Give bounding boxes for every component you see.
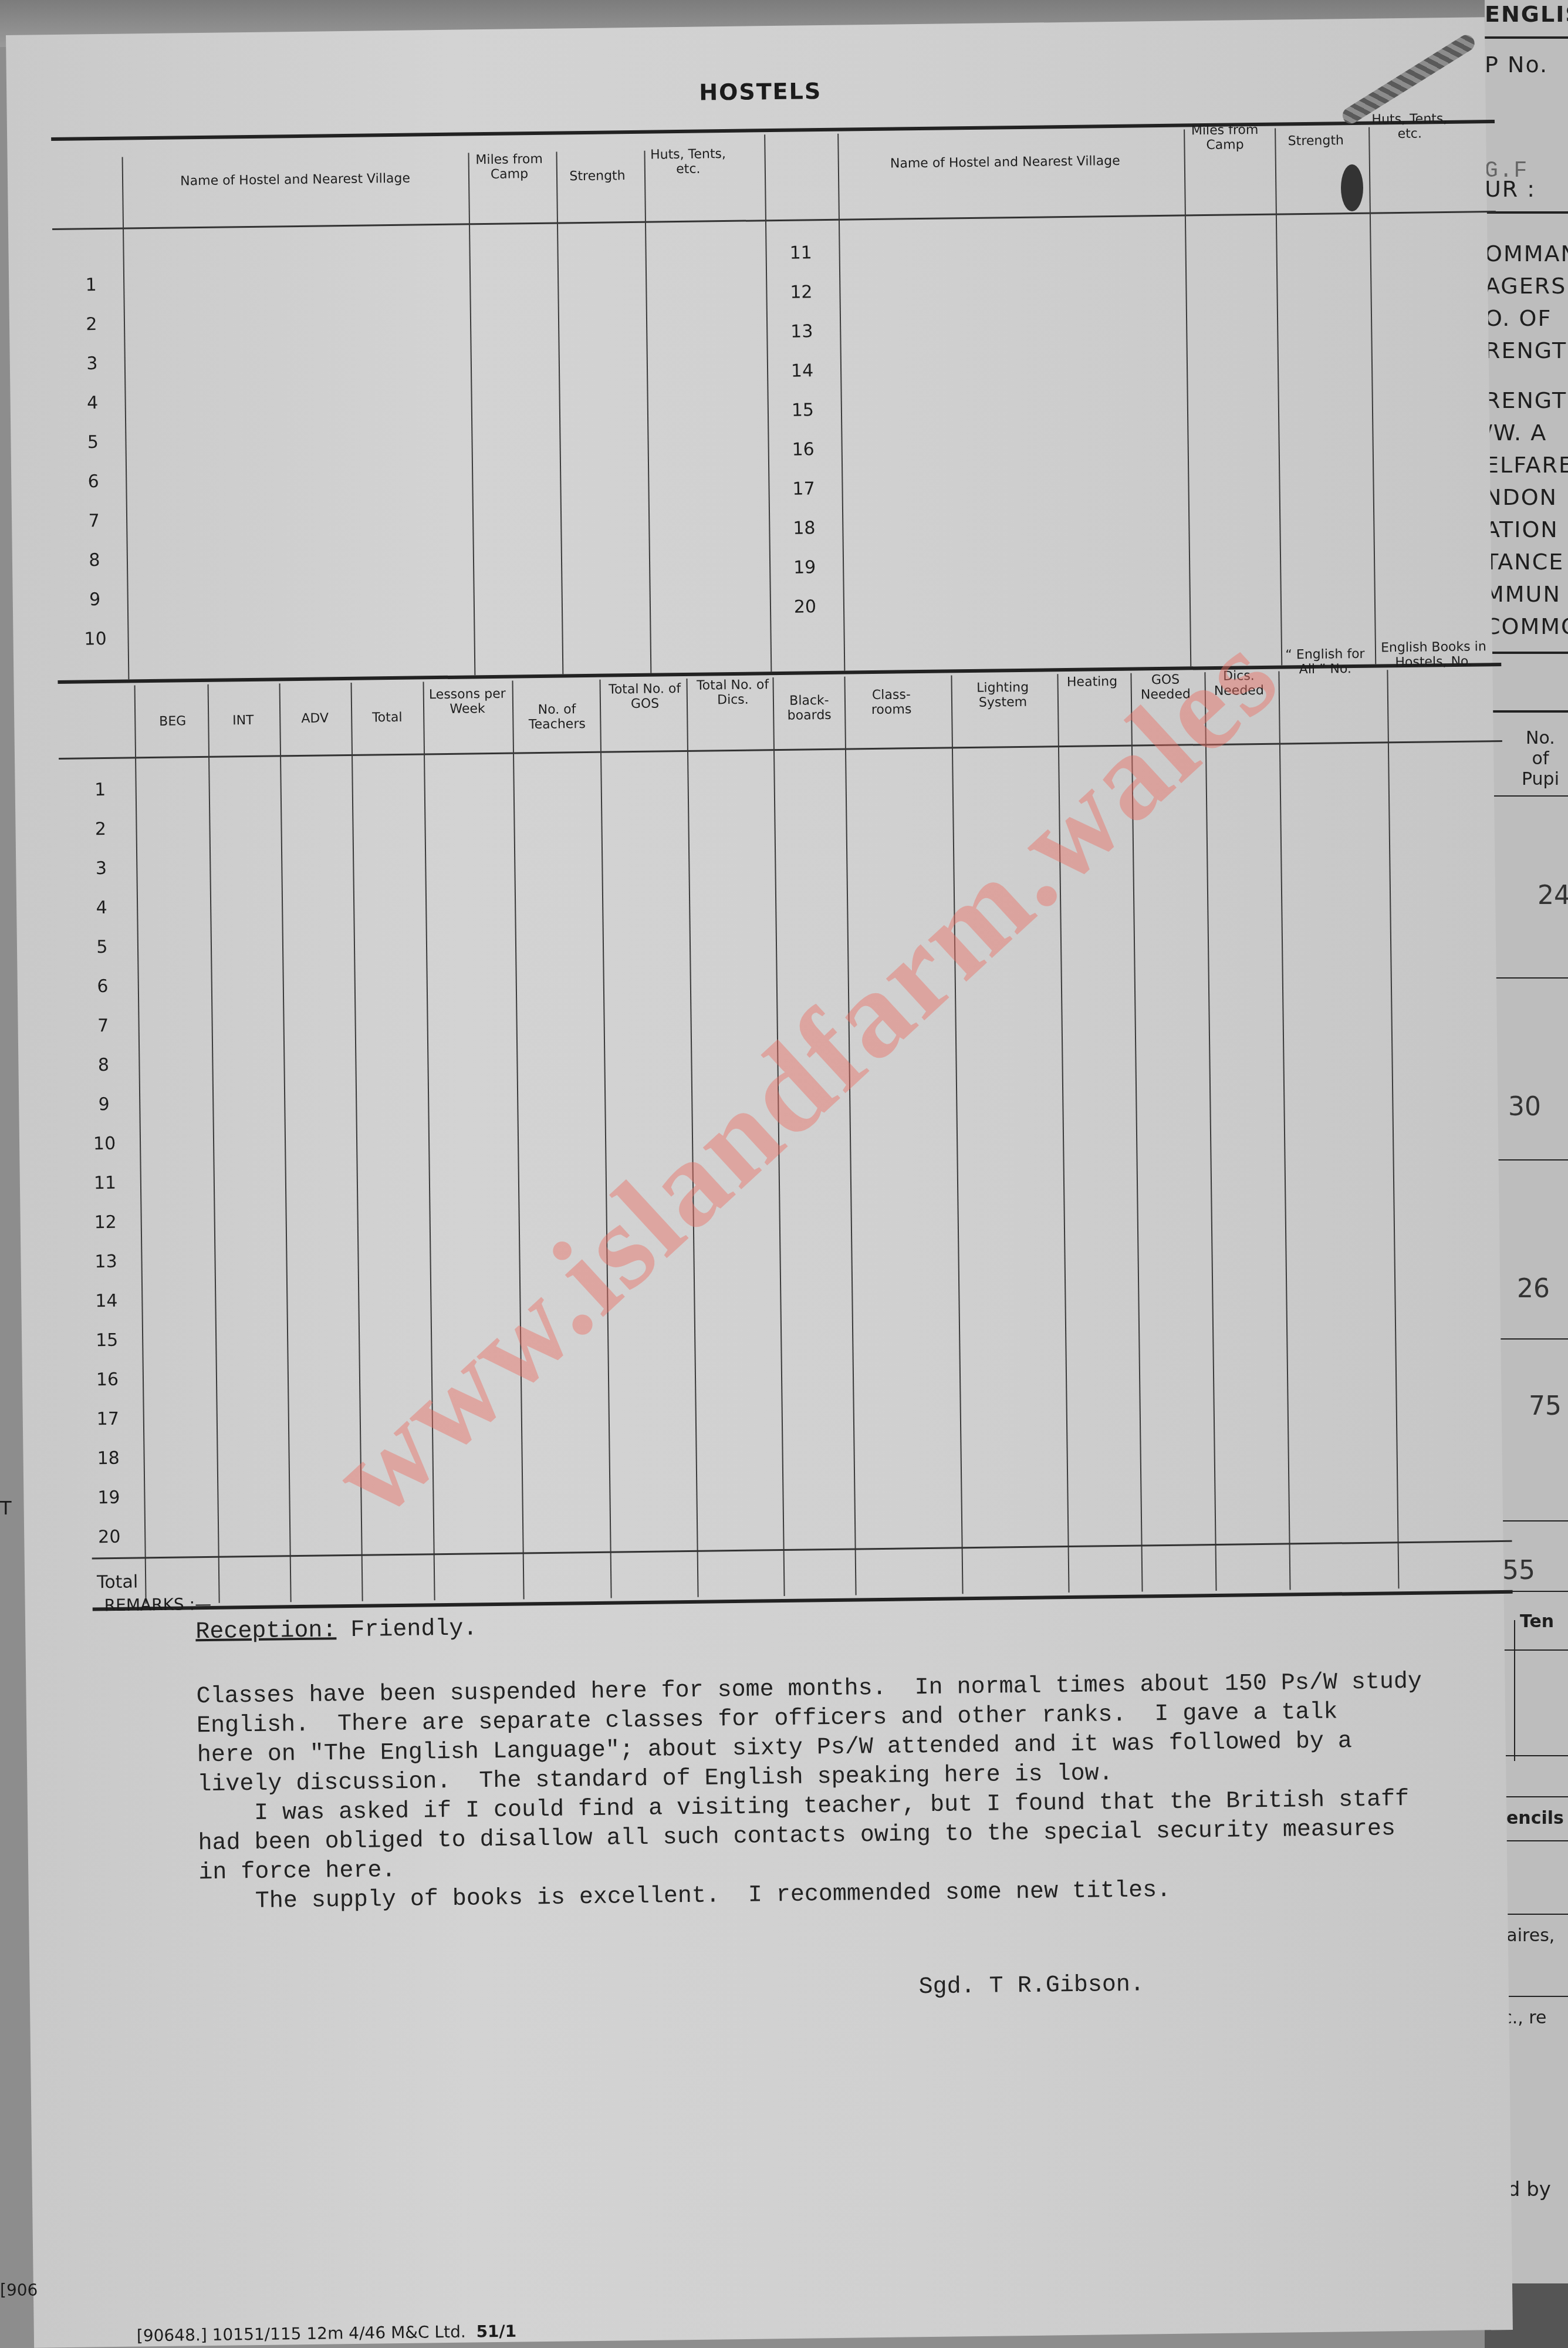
row-number: 7	[76, 511, 111, 532]
row-number: 16	[786, 439, 821, 460]
row-number: 17	[90, 1409, 126, 1430]
margin-fragment: T	[0, 1497, 12, 1519]
col-header-miles-left: Miles from Camp	[474, 152, 545, 182]
row-number: 11	[87, 1173, 123, 1194]
col-header-english-books: English Books in Hostels, No.	[1381, 639, 1487, 670]
row-number: 12	[88, 1212, 123, 1233]
underlying-line: MMUN	[1485, 581, 1568, 607]
row-number: 14	[89, 1291, 124, 1312]
margin-fragment: [906	[0, 2280, 38, 2300]
underlying-line: TANCE	[1485, 549, 1568, 575]
col-header-lighting: Lighting System	[959, 680, 1047, 710]
pupils-header: No. of Pupi	[1517, 728, 1564, 790]
col-header-classrooms: Class-rooms	[853, 687, 930, 718]
row-number: 2	[83, 819, 118, 840]
underlying-line: COMMO	[1485, 613, 1568, 639]
col-header-adv: ADV	[281, 711, 349, 726]
signature: Sgd. T R.Gibson.	[918, 1971, 1144, 2003]
row-number: 5	[85, 937, 120, 958]
pupils-value: 30	[1508, 1092, 1541, 1122]
total-label: Total	[88, 1571, 147, 1593]
row-number: 9	[77, 589, 113, 610]
reception-value: Friendly.	[350, 1615, 478, 1644]
col-header-total-dics: Total No. of Dics.	[691, 677, 774, 708]
col-header-english-for-all: “ English for All ” No.	[1281, 647, 1370, 677]
row-number: 20	[788, 596, 823, 618]
row-number: 18	[786, 518, 822, 539]
underlying-fragment: Ten	[1520, 1611, 1568, 1632]
underlying-line: P No.	[1485, 52, 1568, 77]
underlying-line: UR :	[1485, 176, 1568, 202]
print-code: [90648.] 10151/115 12m 4/46 M&C Ltd. 51/…	[137, 2322, 517, 2346]
col-header-teachers: No. of Teachers	[516, 702, 599, 733]
row-number: 13	[88, 1251, 123, 1273]
underlying-line: ATION	[1485, 517, 1568, 542]
row-number: 4	[84, 898, 119, 919]
row-number: 15	[785, 400, 820, 421]
hostels-form-sheet: HOSTELS Name of Hostel and Nearest Villa…	[6, 17, 1513, 2347]
pupils-value: 26	[1517, 1274, 1550, 1304]
print-code-text: [90648.] 10151/115 12m 4/46 M&C Ltd.	[137, 2322, 466, 2346]
pupils-value: 24	[1537, 880, 1568, 910]
underlying-line: ELFARE	[1485, 452, 1568, 478]
col-header-blackboards: Black-boards	[777, 693, 842, 723]
classes-header-rule	[59, 740, 1502, 760]
col-header-heating: Heating	[1058, 674, 1126, 690]
underlying-line: RENGT	[1485, 338, 1568, 363]
col-header-strength-left: Strength	[556, 168, 638, 184]
underlying-line: OMMAN	[1485, 241, 1568, 266]
row-number: 20	[92, 1527, 127, 1548]
underlying-line: NDON	[1485, 484, 1568, 510]
col-header-strength-right: Strength	[1275, 133, 1357, 149]
col-header-hostel-name-left: Name of Hostel and Nearest Village	[163, 171, 427, 188]
row-number: 8	[77, 550, 112, 571]
col-header-total: Total	[353, 710, 421, 725]
underlying-line: RENGT	[1485, 387, 1568, 413]
row-number: 16	[90, 1369, 125, 1391]
underlying-line: O. OF	[1485, 305, 1568, 331]
table-bottom-rule	[93, 1590, 1513, 1611]
page-title: HOSTELS	[699, 78, 822, 106]
row-number: 12	[783, 282, 819, 303]
col-header-beg: BEG	[140, 714, 205, 729]
row-number: 15	[89, 1330, 124, 1351]
row-number: 5	[75, 432, 110, 453]
underlying-header: ENGLIS	[1485, 1, 1568, 27]
form-number: 51/1	[476, 2322, 516, 2342]
col-header-int: INT	[211, 713, 275, 728]
row-number: 17	[786, 478, 821, 500]
reception-label: Reception:	[195, 1617, 337, 1645]
row-number: 10	[87, 1133, 122, 1155]
row-number: 8	[86, 1055, 121, 1076]
row-number: 1	[73, 275, 109, 296]
pupils-value: 75	[1529, 1391, 1562, 1421]
row-number: 7	[85, 1016, 120, 1037]
row-number: 10	[77, 629, 113, 650]
row-number: 3	[75, 353, 110, 375]
punch-hole	[1341, 164, 1363, 211]
row-number: 1	[83, 780, 118, 801]
col-header-hostel-name-right: Name of Hostel and Nearest Village	[873, 153, 1137, 171]
total-rule	[92, 1540, 1512, 1560]
row-number: 13	[784, 321, 819, 342]
underlying-line: AGERSP	[1485, 273, 1568, 299]
pupils-value: 55	[1502, 1556, 1535, 1585]
row-number: 4	[75, 393, 110, 414]
row-number: 19	[91, 1487, 126, 1509]
row-number: 11	[783, 242, 818, 264]
col-header-lessons: Lessons per Week	[425, 687, 511, 717]
header-rule	[52, 211, 1496, 230]
row-number: 9	[86, 1094, 121, 1115]
row-number: 19	[787, 557, 822, 578]
row-number: 3	[83, 858, 119, 879]
col-header-miles-right: Miles from Camp	[1189, 123, 1261, 153]
remarks-label: REMARKS :—	[104, 1594, 211, 1615]
col-header-huts-left: Huts, Tents, etc.	[650, 147, 726, 177]
row-number: 14	[785, 360, 820, 382]
reception-line: Reception: Friendly.	[195, 1614, 478, 1647]
row-number: 6	[76, 471, 111, 492]
row-number: 6	[85, 976, 120, 997]
row-number: 18	[90, 1448, 126, 1469]
col-header-huts-right: Huts, Tents, etc.	[1371, 112, 1448, 142]
remarks-line: in force here.	[198, 1856, 396, 1888]
watermark: www.islandfarm.wales	[305, 605, 1306, 1544]
row-number: 2	[74, 314, 109, 335]
underlying-line: /W. A	[1485, 420, 1568, 446]
col-header-total-gos: Total No. of GOS	[604, 682, 687, 712]
